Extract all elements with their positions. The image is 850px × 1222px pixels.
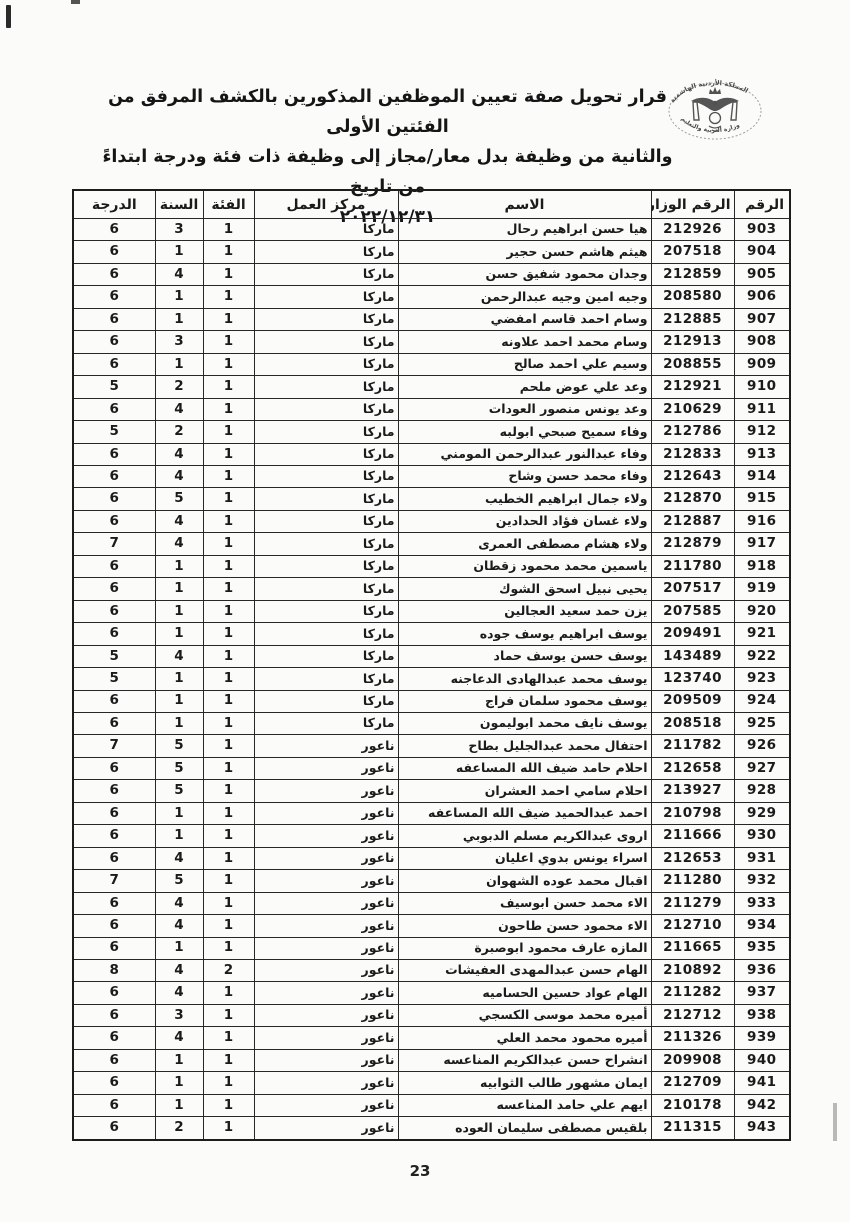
cell-grade: 6 <box>73 690 155 712</box>
cell-year: 1 <box>155 1049 203 1071</box>
cell-year: 1 <box>155 286 203 308</box>
cell-category: 1 <box>203 870 254 892</box>
cell-category: 1 <box>203 465 254 487</box>
cell-number: 933 <box>734 892 790 914</box>
cell-work-center: ناعور <box>254 825 398 847</box>
table-row: 922 143489 يوسف حسن يوسف حماد ماركا 1 4 … <box>73 645 790 667</box>
table-row: 929 210798 احمد عبدالحميد ضيف الله المسا… <box>73 802 790 824</box>
table-row: 921 209491 يوسف ابراهيم يوسف جوده ماركا … <box>73 623 790 645</box>
cell-year: 5 <box>155 735 203 757</box>
cell-number: 916 <box>734 510 790 532</box>
cell-category: 1 <box>203 892 254 914</box>
cell-number: 934 <box>734 915 790 937</box>
table-row: 928 213927 احلام سامي احمد العشران ناعور… <box>73 780 790 802</box>
decree-title-line1: قرار تحويل صفة تعيين الموظفين المذكورين … <box>100 82 675 142</box>
page-number: 23 <box>398 1162 442 1180</box>
cell-category: 1 <box>203 376 254 398</box>
cell-number: 910 <box>734 376 790 398</box>
cell-work-center: ماركا <box>254 219 398 241</box>
cell-number: 918 <box>734 555 790 577</box>
cell-work-center: ماركا <box>254 353 398 375</box>
cell-grade: 6 <box>73 398 155 420</box>
cell-work-center: ناعور <box>254 870 398 892</box>
cell-name: وسام احمد قاسم امفضي <box>398 308 651 330</box>
cell-name: يوسف محمود سلمان فراج <box>398 690 651 712</box>
cell-category: 1 <box>203 578 254 600</box>
cell-year: 4 <box>155 982 203 1004</box>
cell-category: 1 <box>203 735 254 757</box>
cell-year: 1 <box>155 623 203 645</box>
cell-work-center: ناعور <box>254 937 398 959</box>
cell-grade: 6 <box>73 623 155 645</box>
table-row: 932 211280 اقبال محمد عوده الشهوان ناعور… <box>73 870 790 892</box>
cell-work-center: ناعور <box>254 757 398 779</box>
seal-left-flag-icon <box>693 102 699 120</box>
cell-grade: 6 <box>73 1004 155 1026</box>
cell-ministerial-number: 211315 <box>651 1117 734 1140</box>
cell-year: 4 <box>155 847 203 869</box>
cell-ministerial-number: 212658 <box>651 757 734 779</box>
cell-ministerial-number: 210629 <box>651 398 734 420</box>
cell-work-center: ماركا <box>254 510 398 532</box>
cell-category: 1 <box>203 555 254 577</box>
cell-ministerial-number: 212653 <box>651 847 734 869</box>
cell-number: 907 <box>734 308 790 330</box>
table-row: 937 211282 الهام عواد حسين الحساميه ناعو… <box>73 982 790 1004</box>
cell-name: اروى عبدالكريم مسلم الدبوبي <box>398 825 651 847</box>
cell-work-center: ناعور <box>254 735 398 757</box>
cell-work-center: ماركا <box>254 308 398 330</box>
cell-number: 932 <box>734 870 790 892</box>
table-row: 906 208580 وجيه امين وجيه عبدالرحمن مارك… <box>73 286 790 308</box>
cell-ministerial-number: 212926 <box>651 219 734 241</box>
cell-category: 1 <box>203 488 254 510</box>
cell-year: 1 <box>155 578 203 600</box>
cell-number: 922 <box>734 645 790 667</box>
table-row: 923 123740 يوسف محمد عبدالهادى الدعاجنه … <box>73 668 790 690</box>
cell-grade: 5 <box>73 376 155 398</box>
cell-work-center: ماركا <box>254 241 398 263</box>
cell-name: ولاء هشام مصطفى العمرى <box>398 533 651 555</box>
cell-grade: 8 <box>73 959 155 981</box>
table-row: 939 211326 أميره محمود محمد العلي ناعور … <box>73 1027 790 1049</box>
cell-name: المازه عارف محمود ابوصبرة <box>398 937 651 959</box>
cell-ministerial-number: 212859 <box>651 263 734 285</box>
cell-work-center: ناعور <box>254 1027 398 1049</box>
cell-grade: 6 <box>73 219 155 241</box>
table-row: 931 212653 اسراء يونس بدوي اعليان ناعور … <box>73 847 790 869</box>
cell-number: 904 <box>734 241 790 263</box>
cell-year: 1 <box>155 712 203 734</box>
cell-work-center: ناعور <box>254 847 398 869</box>
cell-ministerial-number: 212870 <box>651 488 734 510</box>
cell-ministerial-number: 212879 <box>651 533 734 555</box>
cell-number: 927 <box>734 757 790 779</box>
cell-grade: 6 <box>73 286 155 308</box>
cell-number: 914 <box>734 465 790 487</box>
cell-ministerial-number: 210798 <box>651 802 734 824</box>
cell-year: 1 <box>155 600 203 622</box>
column-header-year: السنة <box>155 190 203 219</box>
cell-name: وفاء سميح صبحي ابولبه <box>398 421 651 443</box>
cell-number: 903 <box>734 219 790 241</box>
table-row: 941 212709 ايمان مشهور طالب الثوابيه ناع… <box>73 1072 790 1094</box>
cell-ministerial-number: 212913 <box>651 331 734 353</box>
cell-category: 2 <box>203 959 254 981</box>
cell-work-center: ناعور <box>254 802 398 824</box>
cell-number: 924 <box>734 690 790 712</box>
cell-ministerial-number: 211280 <box>651 870 734 892</box>
cell-grade: 6 <box>73 488 155 510</box>
table-row: 909 208855 وسيم علي احمد صالح ماركا 1 1 … <box>73 353 790 375</box>
table-row: 917 212879 ولاء هشام مصطفى العمرى ماركا … <box>73 533 790 555</box>
table-row: 925 208518 يوسف نايف محمد ابوليمون ماركا… <box>73 712 790 734</box>
cell-grade: 6 <box>73 937 155 959</box>
table-row: 926 211782 احتفال محمد عبدالجليل بطاح نا… <box>73 735 790 757</box>
cell-year: 4 <box>155 263 203 285</box>
scan-artifact-corner <box>6 5 11 28</box>
table-row: 905 212859 وجدان محمود شفيق حسن ماركا 1 … <box>73 263 790 285</box>
cell-year: 1 <box>155 1094 203 1116</box>
table-row: 904 207518 هيثم هاشم حسن حجير ماركا 1 1 … <box>73 241 790 263</box>
cell-year: 5 <box>155 757 203 779</box>
cell-year: 4 <box>155 510 203 532</box>
cell-work-center: ناعور <box>254 1004 398 1026</box>
scanned-decree-page: المملكة الأردنية الهاشمية وزارة التربية … <box>0 0 850 1222</box>
cell-year: 3 <box>155 331 203 353</box>
cell-work-center: ماركا <box>254 533 398 555</box>
cell-ministerial-number: 209908 <box>651 1049 734 1071</box>
cell-name: وسيم علي احمد صالح <box>398 353 651 375</box>
cell-name: ولاء غسان فؤاد الحدادين <box>398 510 651 532</box>
cell-ministerial-number: 208580 <box>651 286 734 308</box>
cell-name: وفاء محمد حسن وشاح <box>398 465 651 487</box>
cell-category: 1 <box>203 331 254 353</box>
cell-number: 906 <box>734 286 790 308</box>
cell-name: ايهم علي حامد المناعسه <box>398 1094 651 1116</box>
table-row: 914 212643 وفاء محمد حسن وشاح ماركا 1 4 … <box>73 465 790 487</box>
cell-category: 1 <box>203 982 254 1004</box>
cell-grade: 5 <box>73 668 155 690</box>
cell-number: 929 <box>734 802 790 824</box>
table-row: 915 212870 ولاء جمال ابراهيم الخطيب مارك… <box>73 488 790 510</box>
scan-artifact-right-streak <box>833 1103 837 1141</box>
cell-category: 1 <box>203 533 254 555</box>
cell-ministerial-number: 210178 <box>651 1094 734 1116</box>
cell-year: 4 <box>155 398 203 420</box>
cell-category: 1 <box>203 398 254 420</box>
cell-work-center: ناعور <box>254 1117 398 1140</box>
cell-ministerial-number: 212921 <box>651 376 734 398</box>
cell-ministerial-number: 212643 <box>651 465 734 487</box>
cell-category: 1 <box>203 825 254 847</box>
cell-category: 1 <box>203 668 254 690</box>
cell-year: 2 <box>155 376 203 398</box>
cell-year: 1 <box>155 690 203 712</box>
column-header-grade: الدرجة <box>73 190 155 219</box>
cell-name: الهام عواد حسين الحساميه <box>398 982 651 1004</box>
cell-category: 1 <box>203 780 254 802</box>
cell-ministerial-number: 211282 <box>651 982 734 1004</box>
cell-ministerial-number: 209509 <box>651 690 734 712</box>
table-header-row: الرقم الرقم الوزاري الاسم مركز العمل الف… <box>73 190 790 219</box>
cell-ministerial-number: 210892 <box>651 959 734 981</box>
cell-name: احلام حامد ضيف الله المساعفه <box>398 757 651 779</box>
cell-year: 3 <box>155 1004 203 1026</box>
table-row: 912 212786 وفاء سميح صبحي ابولبه ماركا 1… <box>73 421 790 443</box>
cell-name: وسام محمد احمد علاونه <box>398 331 651 353</box>
cell-grade: 6 <box>73 600 155 622</box>
cell-year: 4 <box>155 443 203 465</box>
cell-name: أميره محمد موسى الكسجي <box>398 1004 651 1026</box>
cell-number: 937 <box>734 982 790 1004</box>
cell-grade: 6 <box>73 1027 155 1049</box>
cell-category: 1 <box>203 847 254 869</box>
cell-year: 4 <box>155 645 203 667</box>
cell-work-center: ناعور <box>254 982 398 1004</box>
cell-year: 4 <box>155 915 203 937</box>
cell-ministerial-number: 143489 <box>651 645 734 667</box>
cell-grade: 6 <box>73 712 155 734</box>
cell-name: يزن حمد سعيد العجالين <box>398 600 651 622</box>
cell-grade: 7 <box>73 533 155 555</box>
cell-number: 912 <box>734 421 790 443</box>
cell-ministerial-number: 212710 <box>651 915 734 937</box>
cell-number: 931 <box>734 847 790 869</box>
cell-year: 5 <box>155 488 203 510</box>
cell-year: 4 <box>155 959 203 981</box>
cell-grade: 6 <box>73 353 155 375</box>
scan-artifact-top-edge <box>71 0 80 4</box>
cell-work-center: ماركا <box>254 421 398 443</box>
cell-work-center: ناعور <box>254 1094 398 1116</box>
table-row: 910 212921 وعد علي عوض ملحم ماركا 1 2 5 <box>73 376 790 398</box>
cell-category: 1 <box>203 690 254 712</box>
cell-category: 1 <box>203 219 254 241</box>
cell-ministerial-number: 211665 <box>651 937 734 959</box>
cell-number: 943 <box>734 1117 790 1140</box>
cell-ministerial-number: 207518 <box>651 241 734 263</box>
cell-grade: 6 <box>73 1117 155 1140</box>
cell-work-center: ماركا <box>254 645 398 667</box>
cell-name: يوسف محمد عبدالهادى الدعاجنه <box>398 668 651 690</box>
cell-number: 935 <box>734 937 790 959</box>
table-row: 930 211666 اروى عبدالكريم مسلم الدبوبي ن… <box>73 825 790 847</box>
cell-category: 1 <box>203 1094 254 1116</box>
cell-ministerial-number: 211326 <box>651 1027 734 1049</box>
cell-grade: 6 <box>73 263 155 285</box>
cell-number: 928 <box>734 780 790 802</box>
table-row: 934 212710 الاء محمود حسن طاحون ناعور 1 … <box>73 915 790 937</box>
cell-grade: 5 <box>73 421 155 443</box>
cell-name: يوسف نايف محمد ابوليمون <box>398 712 651 734</box>
cell-work-center: ماركا <box>254 578 398 600</box>
cell-name: اسراء يونس بدوي اعليان <box>398 847 651 869</box>
cell-name: ايمان مشهور طالب الثوابيه <box>398 1072 651 1094</box>
cell-grade: 6 <box>73 802 155 824</box>
cell-year: 1 <box>155 937 203 959</box>
cell-name: بلقيس مصطفى سليمان العوده <box>398 1117 651 1140</box>
cell-work-center: ماركا <box>254 488 398 510</box>
cell-name: ولاء جمال ابراهيم الخطيب <box>398 488 651 510</box>
cell-work-center: ناعور <box>254 915 398 937</box>
cell-grade: 6 <box>73 915 155 937</box>
cell-name: الاء محمد حسن ابوسيف <box>398 892 651 914</box>
cell-category: 1 <box>203 510 254 532</box>
table-row: 943 211315 بلقيس مصطفى سليمان العوده ناع… <box>73 1117 790 1140</box>
cell-year: 1 <box>155 1072 203 1094</box>
cell-name: وفاء عبدالنور عبدالرحمن المومني <box>398 443 651 465</box>
cell-name: الهام حسن عبدالمهدى العفيشات <box>398 959 651 981</box>
cell-grade: 6 <box>73 1049 155 1071</box>
cell-number: 942 <box>734 1094 790 1116</box>
cell-name: اقبال محمد عوده الشهوان <box>398 870 651 892</box>
cell-year: 1 <box>155 555 203 577</box>
cell-year: 1 <box>155 802 203 824</box>
cell-work-center: ناعور <box>254 1072 398 1094</box>
cell-number: 911 <box>734 398 790 420</box>
cell-name: هيا حسن ابراهيم رحال <box>398 219 651 241</box>
cell-number: 905 <box>734 263 790 285</box>
cell-category: 1 <box>203 353 254 375</box>
cell-name: وجدان محمود شفيق حسن <box>398 263 651 285</box>
cell-grade: 7 <box>73 870 155 892</box>
cell-work-center: ماركا <box>254 398 398 420</box>
cell-work-center: ناعور <box>254 892 398 914</box>
cell-grade: 6 <box>73 443 155 465</box>
cell-category: 1 <box>203 263 254 285</box>
ministry-seal-icon: المملكة الأردنية الهاشمية وزارة التربية … <box>663 78 767 144</box>
cell-work-center: ماركا <box>254 465 398 487</box>
cell-ministerial-number: 211780 <box>651 555 734 577</box>
cell-year: 2 <box>155 421 203 443</box>
table-row: 908 212913 وسام محمد احمد علاونه ماركا 1… <box>73 331 790 353</box>
cell-name: احلام سامي احمد العشران <box>398 780 651 802</box>
cell-ministerial-number: 212885 <box>651 308 734 330</box>
cell-name: أميره محمود محمد العلي <box>398 1027 651 1049</box>
cell-work-center: ماركا <box>254 443 398 465</box>
cell-ministerial-number: 208855 <box>651 353 734 375</box>
cell-ministerial-number: 211782 <box>651 735 734 757</box>
cell-name: يوسف حسن يوسف حماد <box>398 645 651 667</box>
cell-work-center: ماركا <box>254 623 398 645</box>
cell-grade: 6 <box>73 555 155 577</box>
cell-grade: 6 <box>73 465 155 487</box>
cell-grade: 6 <box>73 1094 155 1116</box>
table-row: 942 210178 ايهم علي حامد المناعسه ناعور … <box>73 1094 790 1116</box>
cell-number: 930 <box>734 825 790 847</box>
cell-work-center: ماركا <box>254 263 398 285</box>
cell-name: وجيه امين وجيه عبدالرحمن <box>398 286 651 308</box>
cell-ministerial-number: 207585 <box>651 600 734 622</box>
cell-year: 1 <box>155 308 203 330</box>
cell-work-center: ماركا <box>254 286 398 308</box>
cell-grade: 6 <box>73 308 155 330</box>
column-header-category: الفئة <box>203 190 254 219</box>
cell-grade: 6 <box>73 331 155 353</box>
cell-category: 1 <box>203 1004 254 1026</box>
cell-category: 1 <box>203 241 254 263</box>
cell-grade: 6 <box>73 780 155 802</box>
cell-category: 1 <box>203 915 254 937</box>
cell-name: يحيى نبيل اسحق الشوك <box>398 578 651 600</box>
cell-work-center: ماركا <box>254 668 398 690</box>
cell-name: وعد يونس منصور العودات <box>398 398 651 420</box>
cell-number: 926 <box>734 735 790 757</box>
cell-ministerial-number: 212709 <box>651 1072 734 1094</box>
cell-grade: 6 <box>73 825 155 847</box>
cell-year: 1 <box>155 241 203 263</box>
cell-category: 1 <box>203 1049 254 1071</box>
cell-category: 1 <box>203 937 254 959</box>
cell-name: وعد علي عوض ملحم <box>398 376 651 398</box>
cell-category: 1 <box>203 623 254 645</box>
cell-name: انشراح حسن عبدالكريم المناعسه <box>398 1049 651 1071</box>
cell-year: 1 <box>155 825 203 847</box>
table-row: 913 212833 وفاء عبدالنور عبدالرحمن الموم… <box>73 443 790 465</box>
cell-number: 921 <box>734 623 790 645</box>
cell-number: 913 <box>734 443 790 465</box>
cell-ministerial-number: 211279 <box>651 892 734 914</box>
cell-number: 915 <box>734 488 790 510</box>
cell-ministerial-number: 211666 <box>651 825 734 847</box>
cell-year: 4 <box>155 465 203 487</box>
cell-work-center: ماركا <box>254 712 398 734</box>
cell-work-center: ناعور <box>254 959 398 981</box>
table-row: 938 212712 أميره محمد موسى الكسجي ناعور … <box>73 1004 790 1026</box>
cell-name: الاء محمود حسن طاحون <box>398 915 651 937</box>
cell-number: 920 <box>734 600 790 622</box>
cell-ministerial-number: 212887 <box>651 510 734 532</box>
cell-number: 941 <box>734 1072 790 1094</box>
cell-work-center: ماركا <box>254 690 398 712</box>
cell-category: 1 <box>203 802 254 824</box>
cell-work-center: ناعور <box>254 780 398 802</box>
cell-grade: 6 <box>73 1072 155 1094</box>
table-row: 935 211665 المازه عارف محمود ابوصبرة ناع… <box>73 937 790 959</box>
cell-number: 917 <box>734 533 790 555</box>
cell-ministerial-number: 207517 <box>651 578 734 600</box>
table-row: 936 210892 الهام حسن عبدالمهدى العفيشات … <box>73 959 790 981</box>
cell-category: 1 <box>203 712 254 734</box>
cell-ministerial-number: 212712 <box>651 1004 734 1026</box>
cell-category: 1 <box>203 1072 254 1094</box>
employees-table: الرقم الرقم الوزاري الاسم مركز العمل الف… <box>72 189 791 1141</box>
cell-category: 1 <box>203 757 254 779</box>
table-row: 927 212658 احلام حامد ضيف الله المساعفه … <box>73 757 790 779</box>
cell-category: 1 <box>203 308 254 330</box>
cell-name: يوسف ابراهيم يوسف جوده <box>398 623 651 645</box>
cell-ministerial-number: 213927 <box>651 780 734 802</box>
cell-grade: 6 <box>73 847 155 869</box>
cell-name: احمد عبدالحميد ضيف الله المساعفه <box>398 802 651 824</box>
cell-year: 2 <box>155 1117 203 1140</box>
cell-work-center: ماركا <box>254 555 398 577</box>
cell-name: ياسمين محمد محمود زقطان <box>398 555 651 577</box>
cell-grade: 6 <box>73 510 155 532</box>
seal-crown-icon <box>709 87 721 94</box>
cell-name: هيثم هاشم حسن حجير <box>398 241 651 263</box>
cell-work-center: ماركا <box>254 331 398 353</box>
cell-grade: 5 <box>73 645 155 667</box>
table-row: 911 210629 وعد يونس منصور العودات ماركا … <box>73 398 790 420</box>
cell-grade: 6 <box>73 982 155 1004</box>
table-row: 940 209908 انشراح حسن عبدالكريم المناعسه… <box>73 1049 790 1071</box>
cell-year: 3 <box>155 219 203 241</box>
cell-category: 1 <box>203 600 254 622</box>
cell-number: 908 <box>734 331 790 353</box>
cell-number: 938 <box>734 1004 790 1026</box>
